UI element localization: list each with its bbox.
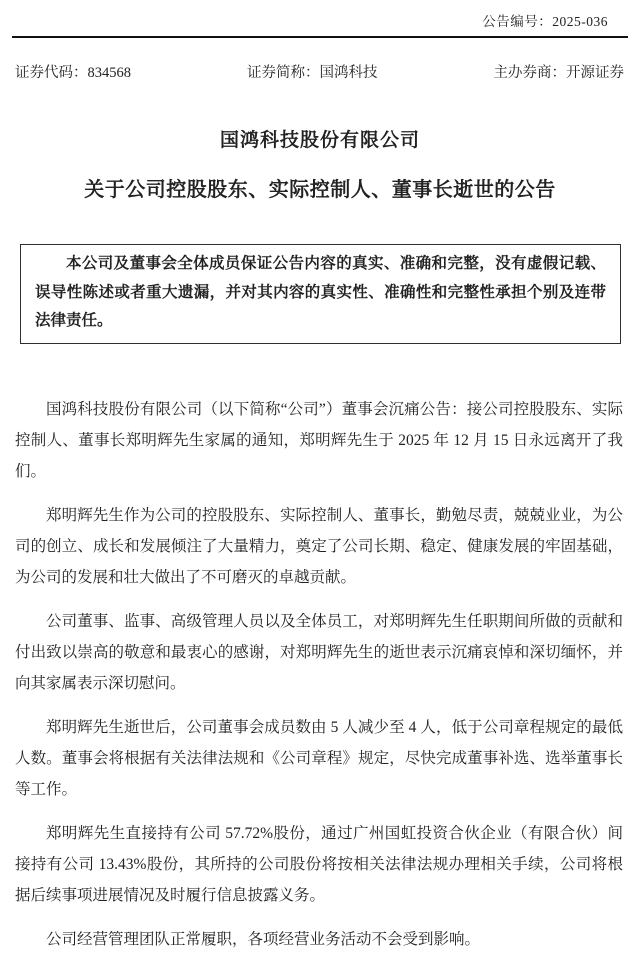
body-paragraph-operations: 公司经营管理团队正常履职，各项经营业务活动不会受到影响。 (15, 924, 623, 955)
disclaimer-text: 本公司及董事会全体成员保证公告内容的真实、准确和完整，没有虚假记载、误导性陈述或… (35, 250, 606, 336)
securities-info-row: 证券代码：834568 证券简称：国鸿科技 主办券商：开源证券 (15, 64, 624, 82)
body-paragraph-shareholding: 郑明辉先生直接持有公司 57.72%股份，通过广州国虹投资合伙企业（有限合伙）间… (15, 818, 623, 911)
stock-short-name-value: 国鸿科技 (320, 65, 378, 81)
stock-short-name: 证券简称：国鸿科技 (247, 64, 378, 82)
sponsor-broker: 主办券商：开源证券 (494, 64, 625, 82)
announcement-number-value: 2025-036 (552, 14, 608, 29)
sponsor-broker-label: 主办券商： (494, 65, 567, 81)
stock-code-label: 证券代码： (15, 65, 88, 81)
stock-code-value: 834568 (88, 65, 132, 81)
body-paragraph-contributions: 郑明辉先生作为公司的控股股东、实际控制人、董事长，勤勉尽责，兢兢业业，为公司的创… (15, 500, 623, 593)
body-paragraph-board-membership: 郑明辉先生逝世后，公司董事会成员数由 5 人减少至 4 人，低于公司章程规定的最… (15, 712, 623, 805)
stock-code: 证券代码：834568 (15, 64, 131, 82)
announcement-body: 国鸿科技股份有限公司（以下简称“公司”）董事会沉痛公告：接公司控股股东、实际控制… (15, 394, 623, 955)
disclaimer-box: 本公司及董事会全体成员保证公告内容的真实、准确和完整，没有虚假记载、误导性陈述或… (20, 244, 621, 344)
header-divider (12, 36, 628, 38)
sponsor-broker-value: 开源证券 (566, 65, 624, 81)
announcement-subject-title: 关于公司控股股东、实际控制人、董事长逝世的公告 (0, 177, 640, 204)
company-name-title: 国鸿科技股份有限公司 (0, 128, 640, 153)
body-paragraph-condolences: 公司董事、监事、高级管理人员以及全体员工，对郑明辉先生任职期间所做的贡献和付出致… (15, 606, 623, 699)
announcement-number-row: 公告编号：2025-036 (0, 0, 640, 30)
announcement-number-label: 公告编号： (482, 14, 552, 29)
announcement-page: 公告编号：2025-036 证券代码：834568 证券简称：国鸿科技 主办券商… (0, 0, 640, 968)
stock-short-name-label: 证券简称： (247, 65, 320, 81)
body-paragraph-death-notice: 国鸿科技股份有限公司（以下简称“公司”）董事会沉痛公告：接公司控股股东、实际控制… (15, 394, 623, 487)
